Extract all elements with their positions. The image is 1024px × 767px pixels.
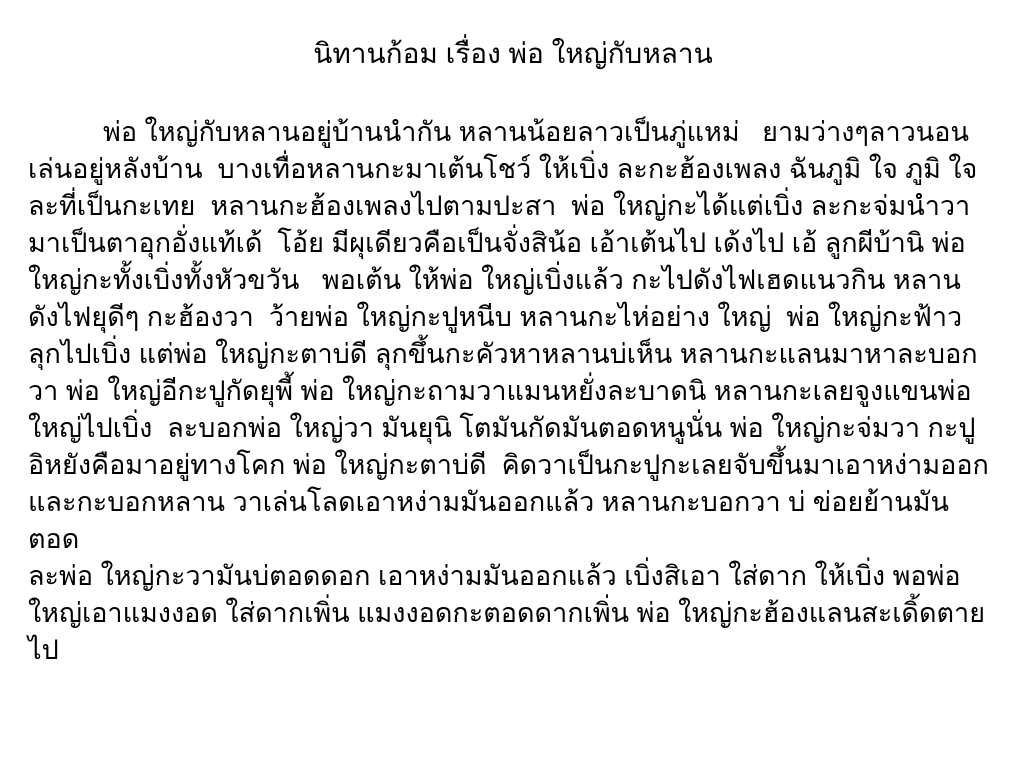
body-line: ใหญ่กะทั้งเบิ่งทั้งหัวขวัน พอเต้น ให้พ่อ…	[28, 262, 998, 299]
body-line: มาเป็นตาอุกอั่งแท้เด้ โอ้ย มีผุเดียวคือเ…	[28, 225, 998, 262]
body-line: ใหญ่ไปเบิ่ง ละบอกพ่อ ใหญ่วา มันยุนิ โตมั…	[28, 410, 998, 447]
body-line: พ่อ ใหญ่กับหลานอยู่บ้านนำกัน หลานน้อยลาว…	[28, 114, 998, 151]
story-title: นิทานก้อม เรื่อง พ่อ ใหญ่กับหลาน	[28, 34, 998, 74]
body-line: ดังไฟยุดีๆ กะฮ้องวา ว้ายพ่อ ใหญ่กะปูหนีบ…	[28, 299, 998, 336]
document-page: นิทานก้อม เรื่อง พ่อ ใหญ่กับหลาน พ่อ ใหญ…	[0, 0, 1024, 767]
body-line: ละพ่อ ใหญ่กะวามันบ่ตอดดอก เอาหง่ามมันออก…	[28, 558, 998, 595]
body-line: เล่นอยู่หลังบ้าน บางเทื่อหลานกะมาเต้นโชว…	[28, 151, 998, 188]
body-line: ใหญ่เอาแมงงอด ใส่ดากเพิ่น แมงงอดกะตอดดาก…	[28, 595, 998, 632]
story-body: พ่อ ใหญ่กับหลานอยู่บ้านนำกัน หลานน้อยลาว…	[28, 114, 998, 669]
body-line: ลุกไปเบิ่ง แต่พ่อ ใหญ่กะตาบ่ดี ลุกขึ้นกะ…	[28, 336, 998, 373]
body-line: อิหยังคือมาอยู่ทางโคก พ่อ ใหญ่กะตาบ่ดี ค…	[28, 447, 998, 484]
body-line: วา พ่อ ใหญ่อีกะปูกัดยุพี้ พ่อ ใหญ่กะถามว…	[28, 373, 998, 410]
body-line: และกะบอกหลาน วาเล่นโลดเอาหง่ามมันออกแล้ว…	[28, 484, 998, 558]
body-line: ไป	[28, 632, 998, 669]
body-line: ละที่เป็นกะเทย หลานกะฮ้องเพลงไปตามปะสา พ…	[28, 188, 998, 225]
